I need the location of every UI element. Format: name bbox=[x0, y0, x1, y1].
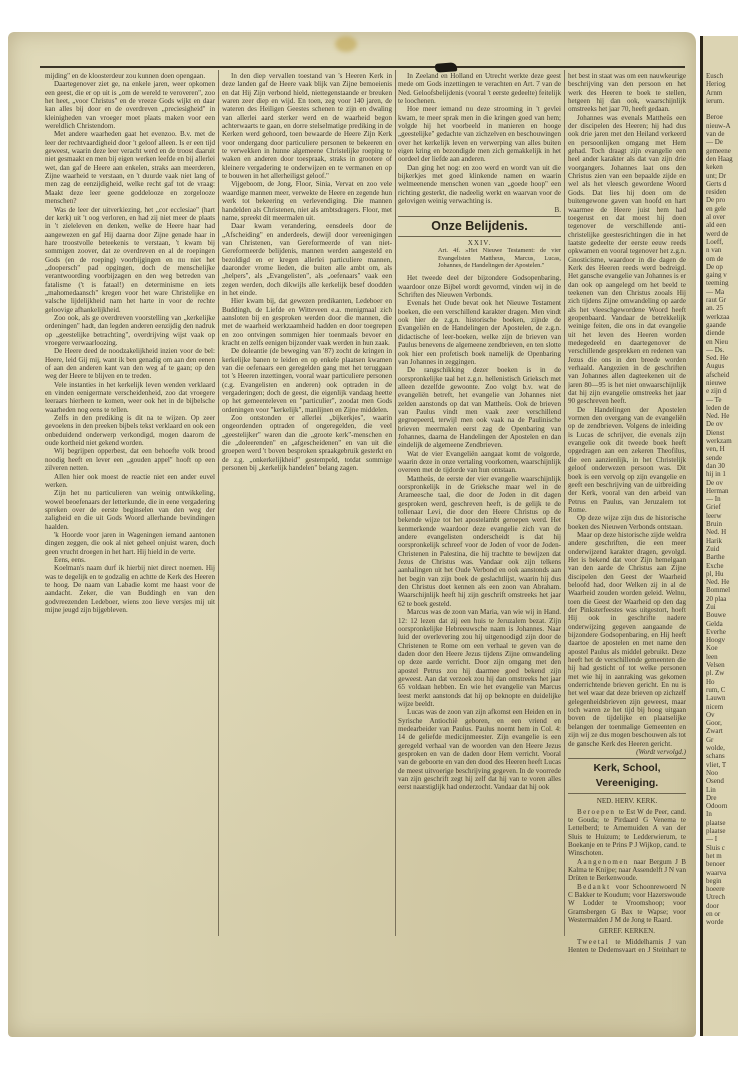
paragraph: Daartegenover ziet ge, na enkele jaren, … bbox=[45, 80, 215, 130]
paragraph: Hier kwam bij, dat gewezen predikanten, … bbox=[222, 297, 392, 347]
news-item-label: Beroepen bbox=[577, 808, 619, 816]
paragraph: Het tweede deel der bijzondere Godsopenb… bbox=[398, 274, 561, 299]
news-item: Tweetal te Middelharnis J van Henten te … bbox=[568, 938, 686, 952]
section-title-onze-belijdenis: Onze Belijdenis. bbox=[398, 219, 561, 234]
column-divider bbox=[395, 70, 396, 936]
belijdenis-continuation: het best in staat was om een nauwkeurige… bbox=[568, 72, 686, 748]
paragraph: Koelman's naam durf ik hierbij niet dire… bbox=[45, 564, 215, 614]
paragraph: Wat de vier Evangeliën aangaat komt de v… bbox=[398, 450, 561, 475]
paragraph: Allen hier ook moest de reactie niet een… bbox=[45, 473, 215, 490]
paragraph: Wij begrijpen opperbest, dat een behoeft… bbox=[45, 447, 215, 472]
section-title-kerk-school: Kerk, School, Vereeniging. bbox=[568, 761, 686, 791]
paragraph: De Heere deed de noodzakelijkheid inzien… bbox=[45, 347, 215, 380]
paragraph: Maar op deze historische zijde weldra an… bbox=[568, 531, 686, 748]
section-rule bbox=[568, 793, 686, 794]
paragraph: De rangschikking dezer boeken is in de o… bbox=[398, 366, 561, 449]
paragraph: Zelfs in den prediking is dit na te wijz… bbox=[45, 414, 215, 447]
news-item: Beroepen te Est W de Peer, cand. te Goud… bbox=[568, 808, 686, 858]
section-rule bbox=[398, 236, 561, 237]
paragraph: het best in staat was om een nauwkeurige… bbox=[568, 72, 686, 114]
paragraph: Vijgeboom, de Jong, Floor, Sinia, Vervat… bbox=[222, 180, 392, 222]
news-subheading: NED. HERV. KERK. bbox=[568, 797, 686, 805]
news-item: Aangenomen naar Bergum J B Kalma te Knij… bbox=[568, 858, 686, 883]
paragraph: mijding" en de kloosterdeur zou kunnen d… bbox=[45, 72, 215, 80]
paragraph: Vele instanties in het kerkelijk leven w… bbox=[45, 381, 215, 414]
paragraph: Zoo ontstonden er allerlei „bijkerkjes",… bbox=[222, 414, 392, 472]
column-divider bbox=[564, 70, 565, 936]
church-news: NED. HERV. KERK.Beroepen te Est W de Pee… bbox=[568, 797, 686, 952]
article-number: XXIV. bbox=[398, 239, 561, 247]
article-quote: Art. 4f. »Het Nieuwe Testament: de vier … bbox=[438, 247, 561, 269]
paragraph: In den diep vervallen toestand van 's He… bbox=[222, 72, 392, 180]
paragraph: Mattheüs, de eerste der vier evangelie w… bbox=[398, 475, 561, 609]
paragraph: Zijn het nu particulieren van weinig ont… bbox=[45, 489, 215, 531]
signature: B. bbox=[398, 206, 561, 214]
paragraph: Op deze wijze zijn dus de historische bo… bbox=[568, 514, 686, 531]
news-item-text: te Est W de Peer, cand. te Gouda; te Pir… bbox=[568, 808, 686, 858]
next-page-edge: EuschHeriogArnmierum.Beroenieuw-Avan de—… bbox=[700, 36, 738, 1036]
column-2: In den diep vervallen toestand van 's He… bbox=[222, 72, 392, 952]
paragraph: Daar kwam verandering, eensdeels door de… bbox=[222, 222, 392, 297]
section-rule bbox=[398, 216, 561, 217]
continued-note: (Wordt vervolgd.) bbox=[568, 748, 686, 756]
paragraph: De doleantie (de beweging van '87) zocht… bbox=[222, 347, 392, 414]
paragraph: Met andere waarheden gaat het evenzoo. B… bbox=[45, 130, 215, 205]
paragraph: Was de leer der uitverkiezing, het „cor … bbox=[45, 206, 215, 314]
paragraph: De Handelingen der Apostelen vormen den … bbox=[568, 406, 686, 514]
paragraph: Lucas was de zoon van zijn afkomst een H… bbox=[398, 708, 561, 791]
column-1: mijding" en de kloosterdeur zou kunnen d… bbox=[45, 72, 215, 952]
paper-stain bbox=[335, 36, 357, 52]
news-item-label: Tweetal bbox=[577, 938, 615, 946]
next-page-text: EuschHeriogArnmierum.Beroenieuw-Avan de—… bbox=[706, 72, 738, 927]
news-item-label: Aangenomen bbox=[577, 858, 634, 866]
paragraph: In Zeeland en Holland en Utrecht werkte … bbox=[398, 72, 561, 105]
paragraph: Marcus was de zoon van Maria, van wie wi… bbox=[398, 608, 561, 708]
paragraph: Dan ging het nog: en zoo werd en wordt v… bbox=[398, 164, 561, 206]
paragraph: 'k Hoorde voor jaren in Wageningen ieman… bbox=[45, 531, 215, 556]
paragraph: Evenals het Oude bevat ook het Nieuwe Te… bbox=[398, 299, 561, 366]
header-rule bbox=[40, 66, 685, 68]
paragraph: Hoe meer iemand nu deze strooming in 't … bbox=[398, 105, 561, 163]
news-item-label: Bedankt bbox=[577, 883, 616, 891]
paragraph: Eens, eens. bbox=[45, 556, 215, 564]
belijdenis-article: Het tweede deel der bijzondere Godsopenb… bbox=[398, 274, 561, 791]
intro-article: In Zeeland en Holland en Utrecht werkte … bbox=[398, 72, 561, 206]
news-item: Bedankt voor Schoonrewoerd N C Bakker te… bbox=[568, 883, 686, 925]
paragraph: Zoo ook, als ge overdreven voorstelling … bbox=[45, 314, 215, 347]
section-rule bbox=[568, 758, 686, 759]
paragraph: Johannes was evenals Mattheüs een der di… bbox=[568, 114, 686, 406]
column-4: het best in staat was om een nauwkeurige… bbox=[568, 72, 686, 952]
column-3: In Zeeland en Holland en Utrecht werkte … bbox=[398, 72, 561, 952]
news-subheading: GEREF. KERKEN. bbox=[568, 927, 686, 935]
column-divider bbox=[218, 70, 219, 936]
